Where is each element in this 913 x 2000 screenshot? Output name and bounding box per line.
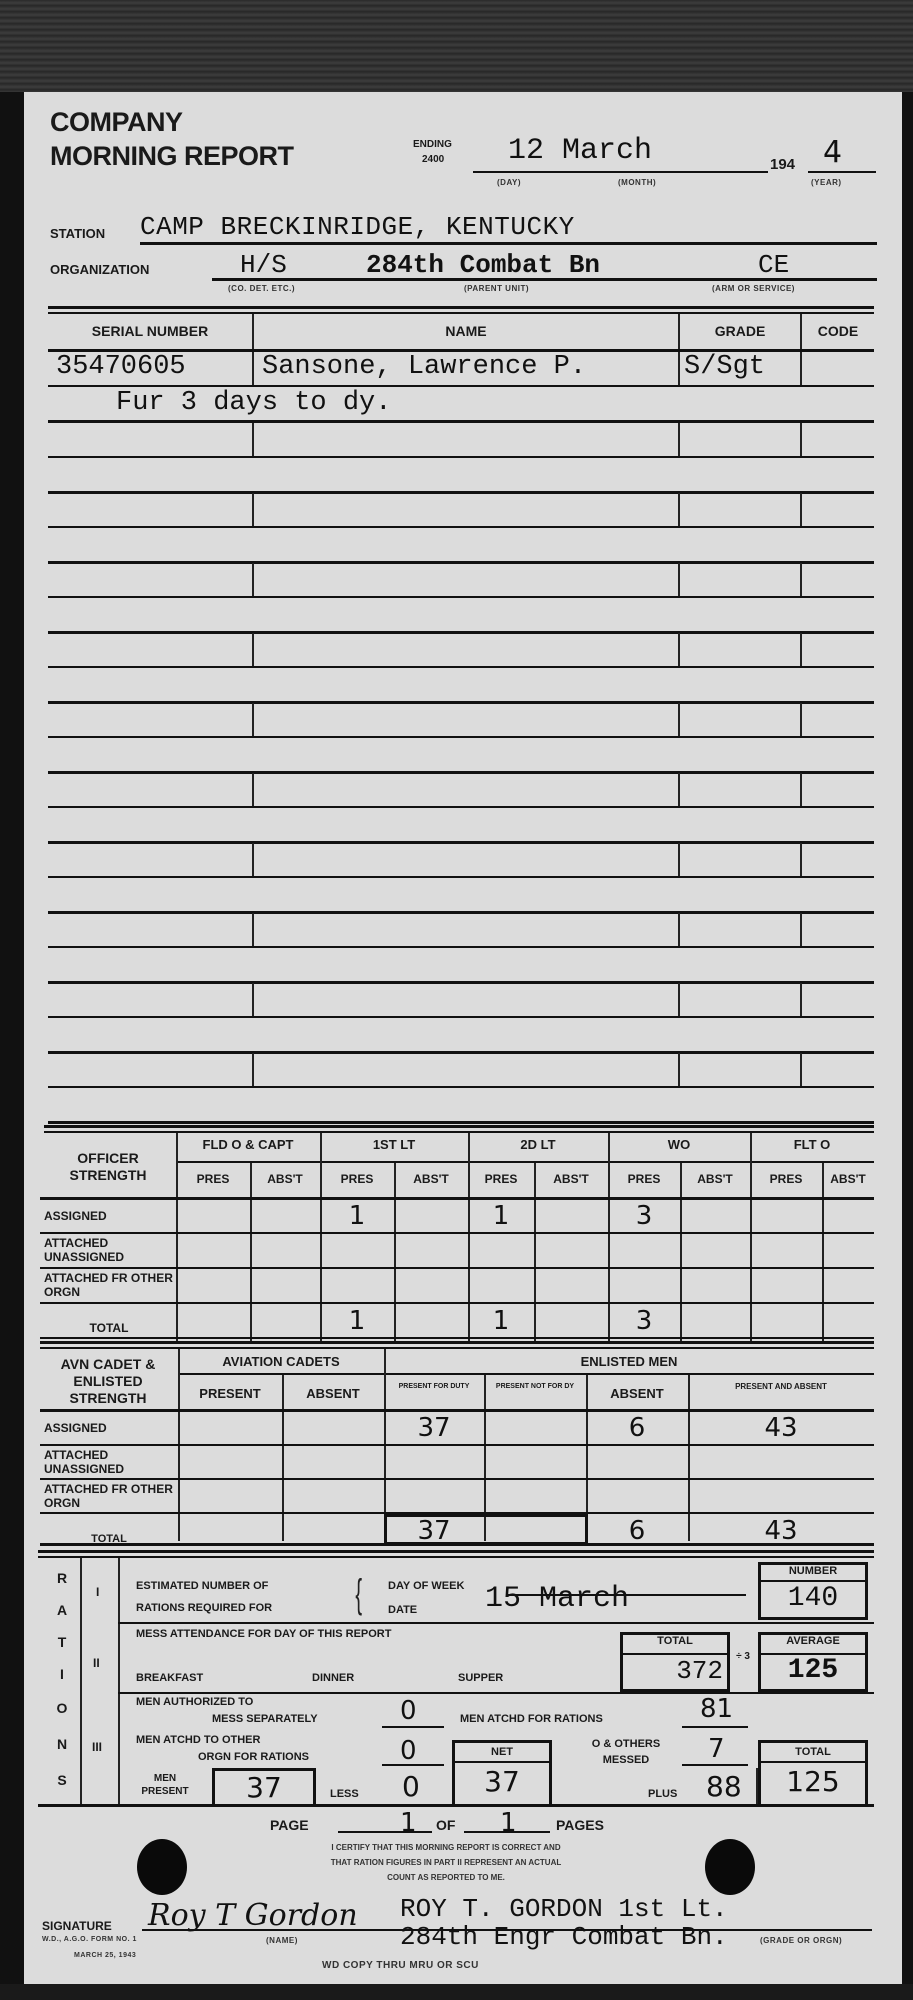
col-divider	[678, 493, 680, 528]
officer-cell[interactable]: 1	[320, 1305, 394, 1337]
col-divider	[252, 633, 254, 668]
men-present-box: 37	[212, 1768, 316, 1805]
row-rule	[48, 736, 874, 738]
col-divider	[800, 633, 802, 668]
form-title-line2: MORNING REPORT	[50, 140, 294, 173]
men-atchd-label: MEN ATCHD FOR RATIONS	[460, 1713, 603, 1725]
rations-total-field[interactable]: 125	[761, 1763, 865, 1801]
officer-unit-field[interactable]: 284th Engr Combat Bn.	[400, 1922, 728, 1952]
rule	[40, 1197, 874, 1200]
rule	[40, 1232, 874, 1234]
rations-top-rule	[38, 1550, 874, 1553]
year-prefix: 194	[770, 156, 795, 173]
officer-subcol-header: ABS'T	[822, 1172, 874, 1186]
o-others-field[interactable]: 7	[708, 1734, 725, 1764]
o-others-label2: MESSED	[603, 1754, 649, 1766]
ration-number-field[interactable]: 140	[761, 1582, 865, 1616]
col-divider	[678, 1053, 680, 1088]
enlisted-col-header: PRESENT AND ABSENT	[688, 1380, 874, 1394]
men-present-label: MENPRESENT	[118, 1772, 212, 1798]
average-label: AVERAGE	[761, 1635, 865, 1655]
grade-caption: (GRADE OR ORGN)	[760, 1936, 842, 1945]
number-label: NUMBER	[761, 1565, 865, 1582]
col-divider	[678, 843, 680, 878]
col-divider	[800, 563, 802, 598]
mess-total-field[interactable]: 372	[623, 1655, 727, 1687]
row-rule	[48, 1051, 874, 1054]
station-field[interactable]: CAMP BRECKINRIDGE, KENTUCKY	[140, 212, 575, 242]
atchd-other-field[interactable]: 0	[400, 1736, 417, 1766]
month-caption: (MONTH)	[618, 178, 656, 187]
enlisted-cell[interactable]: 6	[586, 1412, 688, 1444]
mess-separately-field[interactable]: 0	[400, 1696, 417, 1726]
col-divider	[678, 913, 680, 948]
total-present-box	[384, 1514, 588, 1545]
rule	[40, 1337, 874, 1339]
page-label: PAGE	[270, 1817, 309, 1833]
col-divider	[252, 493, 254, 528]
row-rule	[48, 631, 874, 634]
row-rule	[48, 596, 874, 598]
row-rule	[48, 911, 874, 914]
mess-separately-label2: MESS SEPARATELY	[212, 1713, 318, 1725]
ending-label: ENDING	[413, 139, 452, 150]
officer-group-header: 1ST LT	[320, 1137, 468, 1152]
enlisted-col-header: PRESENT FOR DUTY	[384, 1380, 484, 1394]
form-title-line1: COMPANY	[50, 106, 183, 139]
o-others-label1: O & OTHERS	[592, 1738, 660, 1750]
certify-line1: I CERTIFY THAT THIS MORNING REPORT IS CO…	[236, 1843, 656, 1852]
rations-side-letter: I	[44, 1666, 80, 1682]
enlisted-strength-title: AVN CADET & ENLISTED STRENGTH	[40, 1356, 176, 1407]
company-field[interactable]: H/S	[240, 250, 287, 280]
brace: {	[355, 1574, 362, 1614]
col-header-name: NAME	[254, 323, 678, 339]
year-underline	[808, 171, 876, 173]
officer-group-header: FLT O	[750, 1137, 874, 1152]
mess-separately-label1: MEN AUTHORIZED TO	[136, 1696, 253, 1708]
col-divider	[252, 703, 254, 738]
grade-cell[interactable]: S/Sgt	[684, 352, 765, 382]
rations-side-letter: T	[44, 1634, 80, 1650]
punch-hole-left	[137, 1839, 187, 1895]
mess-total-box: TOTAL 372	[620, 1632, 730, 1692]
microfilm-top-band	[0, 0, 913, 92]
enlisted-top-rule	[40, 1341, 874, 1344]
col-divider	[252, 352, 254, 386]
rations-side-letter: R	[44, 1570, 80, 1586]
breakfast-label: BREAKFAST	[136, 1672, 203, 1684]
average-box: AVERAGE 125	[758, 1632, 868, 1692]
col-divider	[800, 1053, 802, 1088]
net-field[interactable]: 37	[455, 1763, 549, 1801]
year-field[interactable]: 4	[823, 135, 842, 170]
officer-subcol-header: PRES	[608, 1172, 680, 1186]
divide-by-three: ÷ 3	[734, 1650, 752, 1664]
date-label: DATE	[388, 1604, 417, 1616]
field-underline	[382, 1726, 444, 1728]
serial-number-cell[interactable]: 35470605	[56, 352, 186, 382]
col-header-code: CODE	[802, 323, 874, 339]
col-divider	[252, 1053, 254, 1088]
roster-top-rule	[48, 306, 874, 309]
row-rule	[48, 1121, 874, 1124]
rule	[176, 1161, 874, 1163]
rations-side-letter: N	[44, 1736, 80, 1752]
row-rule	[48, 841, 874, 844]
rule	[40, 1478, 874, 1480]
col-divider	[800, 843, 802, 878]
enlisted-row-label: ATTACHED UNASSIGNED	[44, 1448, 174, 1476]
col-divider	[822, 1163, 824, 1341]
pages-field[interactable]: 1	[500, 1808, 517, 1838]
certify-line2: THAT RATION FIGURES IN PART II REPRESENT…	[236, 1858, 656, 1867]
col-divider	[680, 1163, 682, 1341]
col-header-grade: GRADE	[680, 323, 800, 339]
col-divider	[800, 913, 802, 948]
date-underline	[473, 171, 768, 173]
year-caption: (YEAR)	[811, 178, 842, 187]
name-caption: (NAME)	[266, 1936, 298, 1945]
part1-numeral: I	[96, 1585, 99, 1599]
officer-row-label: TOTAL	[44, 1321, 174, 1335]
officer-strength-title: OFFICER STRENGTH	[40, 1150, 176, 1184]
officer-cell[interactable]: 1	[468, 1305, 534, 1337]
punch-hole-right	[705, 1839, 755, 1895]
col-divider	[800, 423, 802, 458]
name-cell[interactable]: Sansone, Lawrence P.	[262, 352, 586, 382]
col-divider	[252, 843, 254, 878]
enlisted-cell[interactable]: 43	[688, 1412, 874, 1444]
company-caption: (CO. DET. ETC.)	[228, 284, 295, 293]
field-underline	[382, 1764, 444, 1766]
day-of-week-label: DAY OF WEEK	[388, 1580, 464, 1592]
ending-time: 2400	[422, 154, 444, 165]
rule	[40, 1444, 874, 1446]
col-divider	[252, 773, 254, 808]
col-divider	[678, 423, 680, 458]
row-rule	[48, 666, 874, 668]
field-underline	[682, 1726, 748, 1728]
officer-group-header: WO	[608, 1137, 750, 1152]
men-present-label1: MEN	[154, 1773, 176, 1784]
officer-cell[interactable]: 3	[608, 1305, 680, 1337]
row-rule	[48, 806, 874, 808]
officer-name-field[interactable]: ROY T. GORDON 1st Lt.	[400, 1894, 728, 1924]
officer-subcol-header: PRES	[176, 1172, 250, 1186]
report-date-field[interactable]: 12 March	[508, 134, 652, 168]
row-rule	[48, 701, 874, 704]
rule	[40, 1267, 874, 1269]
row-rule	[48, 981, 874, 984]
mess-attendance-label: MESS ATTENDANCE FOR DAY OF THIS REPORT	[136, 1628, 391, 1640]
col-divider	[800, 703, 802, 738]
net-label: NET	[455, 1743, 549, 1763]
form-number: W.D., A.G.O. FORM NO. 1	[42, 1936, 137, 1943]
organization-label: ORGANIZATION	[50, 262, 149, 277]
officer-top-rule	[44, 1125, 874, 1128]
net-box: NET 37	[452, 1740, 552, 1805]
rations-side-letter: O	[44, 1700, 80, 1716]
col-divider	[750, 1133, 752, 1341]
remark-line[interactable]: Fur 3 days to dy.	[116, 388, 391, 418]
officer-cell[interactable]: 1	[320, 1200, 394, 1232]
rations-side-divider	[80, 1558, 82, 1805]
col-divider	[252, 913, 254, 948]
part-rule	[118, 1692, 874, 1694]
enlisted-row-label: ATTACHED FR OTHER ORGN	[44, 1482, 174, 1510]
row-rule	[48, 1016, 874, 1018]
col-divider	[534, 1163, 536, 1341]
men-present-field[interactable]: 37	[215, 1771, 313, 1805]
rule	[40, 1302, 874, 1304]
col-divider	[252, 983, 254, 1018]
page-underline	[338, 1831, 432, 1833]
rations-part-divider	[118, 1558, 120, 1805]
col-divider	[678, 773, 680, 808]
officer-subcol-header: ABS'T	[394, 1172, 468, 1186]
row-rule	[48, 456, 874, 458]
atchd-other-label2: ORGN FOR RATIONS	[198, 1751, 309, 1763]
enlisted-col-header: ABSENT	[586, 1386, 688, 1402]
dinner-label: DINNER	[312, 1672, 354, 1684]
row-rule	[48, 526, 874, 528]
station-label: STATION	[50, 226, 105, 241]
rations-side-letter: A	[44, 1602, 80, 1618]
arm-service-caption: (ARM OR SERVICE)	[712, 284, 795, 293]
rations-top-rule-2	[38, 1556, 874, 1558]
enlisted-row-label: ASSIGNED	[44, 1421, 174, 1435]
copy-note: WD COPY THRU MRU OR SCU	[322, 1960, 479, 1971]
enlisted-top-rule-2	[40, 1347, 874, 1349]
officer-subcol-header: ABS'T	[534, 1172, 608, 1186]
page-field[interactable]: 1	[400, 1808, 417, 1838]
officer-row-label: ATTACHED FR OTHER ORGN	[44, 1271, 174, 1299]
row-rule	[48, 771, 874, 774]
arm-service-field[interactable]: CE	[758, 250, 789, 280]
divider	[756, 1768, 758, 1805]
col-divider	[252, 563, 254, 598]
enlisted-group-header: ENLISTED MEN	[384, 1354, 874, 1369]
average-field[interactable]: 125	[761, 1655, 865, 1687]
part2-numeral: II	[93, 1656, 100, 1670]
col-divider	[800, 352, 802, 386]
rule	[40, 1543, 874, 1546]
col-divider	[176, 1133, 178, 1341]
col-header-serial: SERIAL NUMBER	[48, 323, 252, 339]
row-rule	[48, 1086, 874, 1088]
officer-subcol-header: ABS'T	[250, 1172, 320, 1186]
certify-line3: COUNT AS REPORTED TO ME.	[236, 1873, 656, 1882]
signature-field[interactable]: Roy T Gordon	[148, 1898, 358, 1933]
officer-group-header: FLD O & CAPT	[176, 1137, 320, 1152]
col-divider	[282, 1375, 284, 1541]
microfilm-bottom-band	[0, 1984, 913, 2000]
pages-underline	[464, 1831, 550, 1833]
row-rule	[48, 385, 874, 387]
o-others-label: O & OTHERSMESSED	[568, 1736, 684, 1768]
rations-total-label: TOTAL	[761, 1743, 865, 1763]
ration-date-field[interactable]: 15 March	[485, 1582, 629, 1616]
enlisted-col-header: ABSENT	[282, 1386, 384, 1402]
enlisted-col-header: PRESENT NOT FOR DY	[484, 1380, 586, 1394]
col-divider	[678, 563, 680, 598]
rations-bottom-rule	[38, 1804, 874, 1807]
officer-cell[interactable]: 3	[608, 1200, 680, 1232]
signature-label: SIGNATURE	[42, 1919, 112, 1933]
col-divider	[252, 423, 254, 458]
day-caption: (DAY)	[497, 178, 521, 187]
officer-subcol-header: PRES	[750, 1172, 822, 1186]
number-box: NUMBER 140	[758, 1562, 868, 1620]
organization-underline	[212, 278, 877, 281]
part1-label-line1: ESTIMATED NUMBER OF	[136, 1580, 268, 1592]
men-present-label2: PRESENT	[141, 1786, 188, 1797]
row-rule	[48, 491, 874, 494]
officer-cell[interactable]: 1	[468, 1200, 534, 1232]
officer-row-label: ATTACHED UNASSIGNED	[44, 1236, 174, 1264]
row-rule	[48, 561, 874, 564]
part1-label-line2: RATIONS REQUIRED FOR	[136, 1602, 272, 1614]
col-divider	[678, 983, 680, 1018]
part3-numeral: III	[92, 1740, 102, 1754]
less-label: LESS	[330, 1788, 359, 1800]
cadets-group-header: AVIATION CADETS	[178, 1354, 384, 1369]
pages-label: PAGES	[556, 1817, 604, 1833]
rations-total-box: TOTAL 125	[758, 1740, 868, 1805]
of-label: OF	[436, 1817, 455, 1833]
row-rule	[48, 946, 874, 948]
officer-subcol-header: PRES	[468, 1172, 534, 1186]
col-divider	[394, 1163, 396, 1341]
station-underline	[140, 242, 877, 245]
row-rule	[48, 876, 874, 878]
row-rule	[48, 420, 874, 423]
men-atchd-field[interactable]: 81	[700, 1694, 733, 1724]
enlisted-col-header: PRESENT	[178, 1386, 282, 1402]
parent-unit-caption: (PARENT UNIT)	[464, 284, 529, 293]
officer-subcol-header: ABS'T	[680, 1172, 750, 1186]
rations-side-letter: S	[44, 1772, 80, 1788]
plus-label: PLUS	[648, 1788, 677, 1800]
officer-group-header: 2D LT	[468, 1137, 608, 1152]
roster-top-rule-2	[48, 312, 874, 314]
col-divider	[800, 773, 802, 808]
col-divider	[678, 352, 680, 386]
atchd-other-label1: MEN ATCHD TO OTHER	[136, 1734, 260, 1746]
parent-unit-field[interactable]: 284th Combat Bn	[366, 250, 600, 280]
enlisted-cell[interactable]: 37	[384, 1412, 484, 1444]
field-underline	[682, 1764, 748, 1766]
col-divider	[800, 493, 802, 528]
part-rule	[118, 1622, 874, 1624]
mess-total-label: TOTAL	[623, 1635, 727, 1655]
supper-label: SUPPER	[458, 1672, 503, 1684]
col-divider	[678, 703, 680, 738]
form-date: MARCH 25, 1943	[74, 1952, 136, 1959]
col-divider	[800, 983, 802, 1018]
col-divider	[250, 1163, 252, 1341]
officer-row-label: ASSIGNED	[44, 1209, 174, 1223]
plus-field[interactable]: 88	[706, 1770, 742, 1803]
col-divider	[678, 633, 680, 668]
less-field[interactable]: 0	[402, 1770, 420, 1803]
officer-subcol-header: PRES	[320, 1172, 394, 1186]
